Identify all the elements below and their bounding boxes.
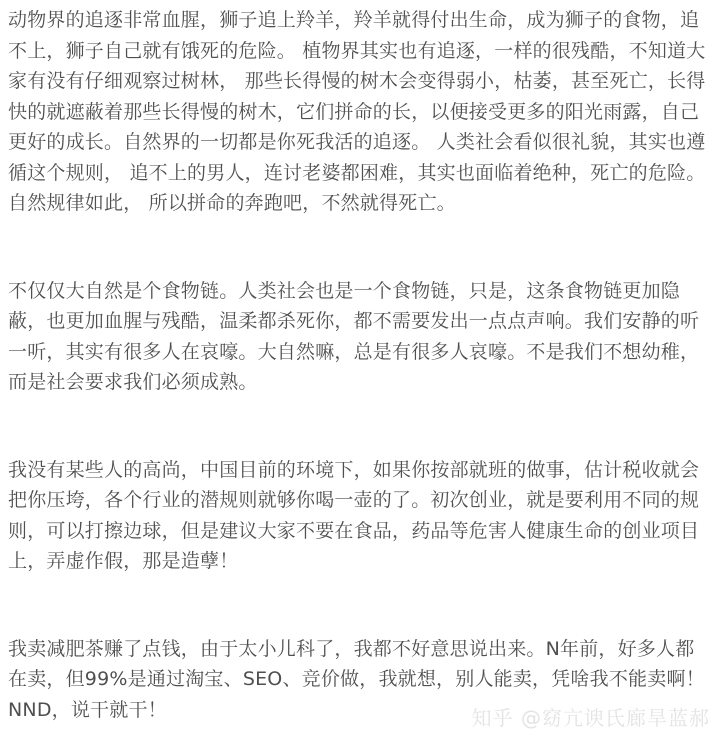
zhihu-watermark-handle: @窈亢谀氏廊旱蓝郝 [521,706,710,730]
body-paragraph-2: 不仅仅大自然是个食物链。人类社会也是一个食物链，只是，这条食物链更加隐蔽，也更加… [8,276,708,398]
body-paragraph-1: 动物界的追逐非常血腥，狮子追上羚羊，羚羊就得付出生命，成为狮子的食物，追不上，狮… [8,5,708,219]
zhihu-watermark: 知乎 @窈亢谀氏廊旱蓝郝 [472,703,710,733]
article-body: 动物界的追逐非常血腥，狮子追上羚羊，羚羊就得付出生命，成为狮子的食物，追不上，狮… [0,0,720,725]
zhihu-watermark-site: 知乎 [472,706,514,730]
body-paragraph-3: 我没有某些人的高尚，中国目前的环境下，如果你按部就班的做事，估计税收就会把你压垮… [8,455,708,577]
